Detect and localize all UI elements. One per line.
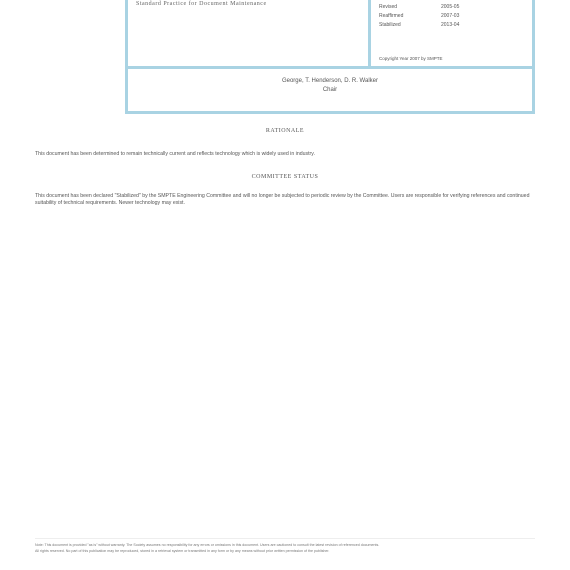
date-row-revised: Revised 2005-05 — [379, 3, 524, 12]
rationale-heading: RATIONALE — [0, 128, 570, 134]
header-title-cell: Standard Practice for Document Maintenan… — [128, 0, 368, 66]
date-row-stabilized: Stabilized 2013-04 — [379, 21, 524, 30]
committee-status-text: This document has been declared "Stabili… — [35, 193, 530, 207]
header-dates-cell: Revised 2005-05 Reaffirmed 2007-03 Stabi… — [368, 0, 532, 66]
authors-block: George, T. Henderson, D. R. Walker Chair — [128, 77, 532, 95]
footer-line-2: All rights reserved. No part of this pub… — [35, 548, 535, 554]
document-header-frame: Standard Practice for Document Maintenan… — [125, 0, 535, 114]
document-title: Standard Practice for Document Maintenan… — [128, 0, 368, 11]
date-row-reaffirmed: Reaffirmed 2007-03 — [379, 12, 524, 21]
header-top-row: Standard Practice for Document Maintenan… — [128, 0, 532, 69]
authors-role: Chair — [128, 86, 532, 95]
committee-status-heading: COMMITTEE STATUS — [0, 174, 570, 180]
rationale-text: This document has been determined to rem… — [35, 151, 530, 158]
authors-names: George, T. Henderson, D. R. Walker — [128, 77, 532, 86]
copyright-notice: Copyright Year 2007 by SMPTE — [379, 56, 443, 61]
footer-notice: Note: This document is provided "as is" … — [35, 538, 535, 554]
